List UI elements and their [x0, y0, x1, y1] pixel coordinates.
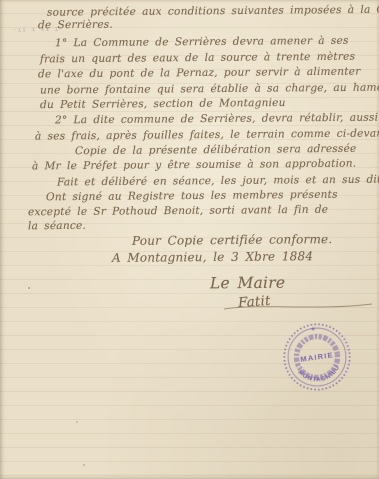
- manuscript-page: ·ıı ı ɜɜ ı· source précitée aux conditio…: [0, 0, 379, 479]
- paper-speck: [83, 464, 85, 466]
- place-date-line: A Montagnieu, le 3 Xbre 1884: [112, 249, 313, 265]
- manuscript-line: une borne fontaine qui sera établie à sa…: [40, 81, 379, 96]
- stamp-ornament: ✶: [311, 326, 316, 333]
- certification-line: Pour Copie certifiée conforme.: [132, 232, 332, 248]
- manuscript-line: frais un quart des eaux de la source à t…: [40, 51, 355, 66]
- mairie-round-stamp: ✶ MAIRIE MONTAGNIEU: [274, 314, 360, 400]
- manuscript-line: excepté le Sr Pothoud Benoit, sorti avan…: [28, 204, 328, 219]
- manuscript-line: source précitée aux conditions suivantes…: [47, 3, 379, 18]
- ink-speck: [28, 287, 30, 289]
- manuscript-line: Copie de la présente délibération sera a…: [75, 143, 357, 157]
- manuscript-line: Ont signé au Registre tous les membres p…: [46, 189, 338, 204]
- signer-role: Le Maire: [210, 274, 285, 293]
- signature-flourish: [222, 299, 374, 313]
- manuscript-line: à Mr le Préfet pour y être soumise à son…: [32, 158, 356, 173]
- paper-speck: [76, 421, 78, 423]
- manuscript-line: 1° La Commune de Serrières devra amener …: [55, 35, 349, 50]
- manuscript-line: de l'axe du pont de la Pernaz, pour serv…: [38, 66, 361, 81]
- manuscript-line: 2° La dite commune de Serrières, devra r…: [55, 112, 378, 127]
- manuscript-line: à ses frais, après fouilles faites, le t…: [35, 127, 379, 142]
- manuscript-line: la séance.: [28, 220, 86, 233]
- manuscript-line: de Serrières.: [38, 19, 113, 32]
- stamp-center-text: MAIRIE: [300, 350, 334, 364]
- manuscript-line: Fait et délibéré en séance, les jour, mo…: [57, 174, 379, 189]
- manuscript-line: du Petit Serrières, section de Montagnie…: [40, 97, 286, 111]
